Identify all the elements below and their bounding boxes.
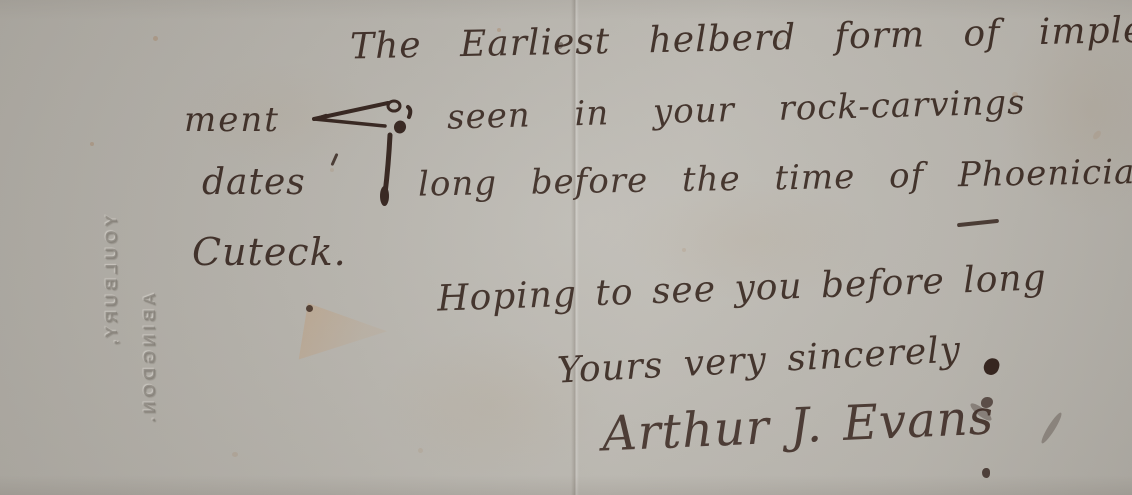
letterhead-youlbury: YOULBURY,	[102, 215, 122, 365]
letterhead-abingdon: ABINGDON.	[140, 293, 160, 425]
stain-dark-dot	[306, 305, 313, 312]
phoenicians-underline	[957, 219, 999, 227]
letter-left-word-ment: ment	[184, 100, 280, 140]
speck-stain	[330, 168, 334, 172]
speck-stain	[418, 448, 423, 453]
speck-stain	[497, 28, 501, 32]
speck-stain	[153, 36, 158, 41]
speck-stain	[1012, 92, 1018, 97]
signature-arthur-j-evans: Arthur J. Evans	[601, 389, 995, 462]
ink-streak	[1039, 411, 1064, 445]
speck-stain	[90, 142, 94, 146]
triangular-stain	[295, 298, 387, 362]
speck-stain	[1091, 129, 1102, 141]
ink-dot	[982, 468, 990, 478]
letter-closing-1: Hoping to see you before long	[436, 257, 1047, 319]
speck-stain	[778, 38, 783, 42]
letter-left-word-anteck: Cuteck.	[192, 230, 347, 274]
letter-left-word-dates: dates	[202, 162, 306, 203]
ink-blot	[982, 356, 1001, 376]
halberd-sketch-icon	[300, 93, 425, 218]
letter-line-2: seen in your rock-carvings	[447, 82, 1026, 137]
fold-crease	[571, 0, 579, 495]
letter-photo: YOULBURY, ABINGDON. The Earliest helberd…	[0, 0, 1132, 495]
letter-line-1: The Earliest helberd form of imple.	[350, 10, 1132, 68]
letter-closing-2: Yours very sincerely	[556, 329, 962, 391]
speck-stain	[232, 452, 238, 457]
speck-stain	[682, 248, 686, 252]
letter-line-3: long before the time of Phoenicians	[418, 151, 1132, 204]
